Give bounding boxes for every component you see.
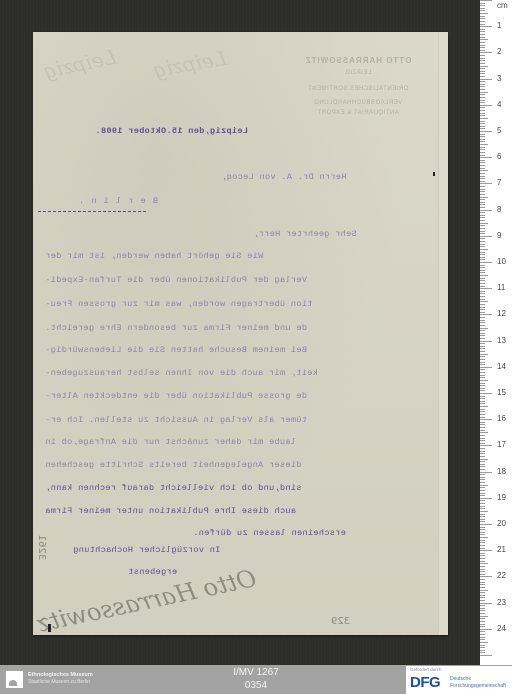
ruler-tick (480, 259, 485, 260)
ruler-tick (480, 613, 485, 614)
ruler-tick (480, 341, 492, 342)
ruler-tick (480, 210, 492, 211)
ruler-label: 10 (497, 257, 506, 266)
ruler-tick (480, 86, 485, 87)
ruler-tick (480, 637, 485, 638)
ruler-tick (480, 461, 485, 462)
ruler-tick (480, 272, 485, 273)
ruler-tick (480, 71, 485, 72)
ruler-label: 12 (497, 309, 506, 318)
ruler-tick (480, 105, 492, 106)
ruler-tick (480, 417, 485, 418)
ruler-tick (480, 608, 485, 609)
ruler-tick (480, 456, 485, 457)
letterhead-city: LEIPZIG (283, 68, 433, 78)
ruler-tick (480, 464, 485, 465)
ruler-tick (480, 529, 485, 530)
ruler-tick (480, 485, 488, 486)
ruler-tick (480, 427, 485, 428)
ruler-tick (480, 576, 492, 577)
body-line: de grosse Publikation über die entdeckte… (45, 391, 307, 401)
ruler-tick (480, 343, 485, 344)
ruler-tick (480, 29, 485, 30)
ruler-tick (480, 490, 485, 491)
ruler-tick (480, 165, 485, 166)
ruler-tick (480, 569, 485, 570)
ruler-tick (480, 84, 485, 85)
body-line: Wie Sie gehört haben werden, ist mir der (45, 251, 291, 261)
ruler-tick (480, 548, 485, 549)
ruler-tick (480, 309, 485, 310)
ruler-tick (480, 430, 485, 431)
ruler-tick (480, 359, 485, 360)
ruler-tick (480, 558, 485, 559)
ruler-tick (480, 212, 485, 213)
ruler-tick (480, 123, 485, 124)
ruler-tick (480, 351, 485, 352)
ruler-label: 22 (497, 571, 506, 580)
ruler-tick (480, 42, 485, 43)
ruler-tick (480, 100, 485, 101)
letterhead-line5: ANTIQUARIAT & EXPORT (283, 108, 433, 118)
ruler-tick (480, 390, 485, 391)
ruler-tick (480, 348, 485, 349)
ruler-tick (480, 335, 485, 336)
ruler-tick (480, 134, 485, 135)
ruler-tick (480, 89, 485, 90)
ruler-tick (480, 411, 485, 412)
funding-label: Gefördert durch (410, 667, 442, 672)
ruler-tick (480, 304, 485, 305)
ruler-tick (480, 254, 485, 255)
ruler-tick (480, 325, 485, 326)
ruler-unit-label: cm (497, 1, 508, 10)
ruler-tick (480, 265, 485, 266)
ruler-tick (480, 68, 485, 69)
ruler-tick (480, 283, 485, 284)
ruler-tick (480, 293, 485, 294)
ruler-tick (480, 451, 485, 452)
ruler-tick (480, 396, 485, 397)
ruler-tick (480, 516, 485, 517)
ruler-tick (480, 629, 492, 630)
showthrough-handwriting: Leipzig (41, 45, 118, 84)
ruler-tick (480, 603, 492, 604)
ruler-tick (480, 414, 485, 415)
ruler-tick (480, 238, 485, 239)
ruler-tick (480, 215, 485, 216)
ruler-tick (480, 223, 488, 224)
ruler-label: 6 (497, 152, 501, 161)
body-line: sind,und ob ich vielleicht darauf rechne… (45, 483, 301, 493)
ruler-tick (480, 498, 492, 499)
dateline: Leipzig,den 15.Oktober 1908. (45, 126, 248, 136)
pencil-annotation-bottom: 329 (331, 616, 350, 627)
city-underline (38, 211, 146, 212)
ruler-label: 13 (497, 336, 506, 345)
body-line: laube mir daher zunächst nur die Anfrage… (45, 437, 296, 447)
ruler-tick (480, 503, 485, 504)
ruler-tick (480, 401, 485, 402)
ruler-tick (480, 231, 485, 232)
ruler-tick (480, 590, 488, 591)
ruler-label: 23 (497, 598, 506, 607)
ruler-label: 21 (497, 545, 506, 554)
ruler-tick (480, 377, 485, 378)
ruler-tick (480, 31, 485, 32)
ruler-tick (480, 236, 492, 237)
ruler-label: 14 (497, 362, 506, 371)
ruler-tick (480, 244, 485, 245)
ruler-tick (480, 183, 492, 184)
ruler-tick (480, 459, 488, 460)
ruler-tick (480, 320, 485, 321)
ruler-tick (480, 66, 488, 67)
ruler-tick (480, 286, 485, 287)
ruler-tick (480, 55, 485, 56)
ruler-tick (480, 610, 485, 611)
ruler-tick (480, 50, 485, 51)
ruler-tick (480, 152, 485, 153)
ruler-tick (480, 149, 485, 150)
closing: In vorzüglicher Hochachtung (73, 545, 220, 555)
letterhead-line4: VERLAGSBUCHHANDLUNG (283, 98, 433, 108)
ruler-tick (480, 92, 488, 93)
ruler-tick (480, 317, 485, 318)
ruler-tick (480, 288, 492, 289)
ruler-tick (480, 561, 485, 562)
body-line: Bei meinem Besuche hatten Sie die Lieben… (45, 345, 307, 355)
dfg-logo-icon: DFG (410, 674, 440, 691)
ruler-tick (480, 278, 485, 279)
ruler-tick (480, 500, 485, 501)
ruler-tick (480, 403, 485, 404)
ruler-tick (480, 58, 485, 59)
ruler-tick (480, 246, 485, 247)
ruler-tick (480, 280, 485, 281)
ruler-tick (480, 118, 488, 119)
ruler-tick (480, 18, 485, 19)
ruler-tick (480, 563, 488, 564)
salutation: Sehr geehrter Herr, (253, 229, 357, 239)
ruler-tick (480, 493, 485, 494)
ruler-tick (480, 270, 485, 271)
ruler-tick (480, 202, 485, 203)
ruler-tick (480, 631, 485, 632)
ruler-tick (480, 173, 485, 174)
ruler-tick (480, 540, 485, 541)
ruler-tick (480, 521, 485, 522)
ruler-tick (480, 252, 485, 253)
ruler-tick (480, 508, 485, 509)
ruler-tick (480, 647, 485, 648)
ruler-tick (480, 566, 485, 567)
ruler-tick (480, 650, 485, 651)
letterhead: OTTO HARRASSOWITZ LEIPZIG ORIENTALISCHES… (283, 54, 433, 118)
ruler-tick (480, 550, 492, 551)
ruler-tick (480, 537, 488, 538)
footer-bar: Ethnologisches Museum Staatliche Museen … (0, 665, 512, 694)
ruler-tick (480, 34, 485, 35)
ruler-tick (480, 406, 488, 407)
ruler-tick (480, 584, 485, 585)
ruler-tick (480, 207, 485, 208)
ruler-label: 5 (497, 126, 501, 135)
ruler-tick (480, 8, 485, 9)
ruler-tick (480, 432, 488, 433)
pencil-annotation-side: 3261 (36, 535, 47, 560)
dfg-badge: Gefördert durch DFG Deutsche Forschungsg… (406, 666, 512, 694)
ruler-tick (480, 128, 485, 129)
ruler-tick (480, 160, 485, 161)
body-line: tion übertragen worden, was mir zur gros… (45, 299, 312, 309)
ruler-tick (480, 527, 485, 528)
ruler-tick (480, 634, 485, 635)
ruler-tick (480, 217, 485, 218)
ruler-tick (480, 52, 492, 53)
ruler-tick (480, 63, 485, 64)
ruler-tick (480, 445, 492, 446)
ruler-tick (480, 81, 485, 82)
ruler-tick (480, 267, 485, 268)
ruler-tick (480, 189, 485, 190)
ruler-tick (480, 624, 485, 625)
body-line: erscheinen lassen zu dürfen. (193, 528, 346, 538)
ruler-tick (480, 372, 485, 373)
ruler-tick (480, 97, 485, 98)
ruler-tick (480, 424, 485, 425)
ruler-tick (480, 385, 485, 386)
ruler-label: 18 (497, 467, 506, 476)
ruler-label: 15 (497, 388, 506, 397)
ruler-label: 9 (497, 231, 501, 240)
ruler-label: 19 (497, 493, 506, 502)
ruler-label: 1 (497, 21, 501, 30)
ruler-tick (480, 487, 485, 488)
ruler-tick (480, 155, 485, 156)
ruler-tick (480, 102, 485, 103)
ruler-tick (480, 307, 485, 308)
letterhead-line3: ORIENTALISCHES SORTIMENT (283, 84, 433, 94)
ruler-tick (480, 618, 485, 619)
ruler-tick (480, 472, 492, 473)
ruler-tick (480, 3, 485, 4)
ruler-label: 4 (497, 100, 501, 109)
ruler-label: 2 (497, 47, 501, 56)
ruler-tick (480, 16, 485, 17)
funder-name-line2: Forschungsgemeinschaft (450, 683, 506, 690)
ruler-tick (480, 639, 485, 640)
ruler-tick (480, 233, 485, 234)
paper-mark (433, 172, 435, 176)
ruler-tick (480, 555, 485, 556)
ruler-tick (480, 443, 485, 444)
ruler-tick (480, 532, 485, 533)
cm-ruler: cm 1234567891011121314151617181920212223… (480, 0, 512, 665)
ruler-tick (480, 419, 492, 420)
ruler-tick (480, 0, 492, 1)
ruler-tick (480, 314, 492, 315)
ruler-label: 7 (497, 178, 501, 187)
ruler-tick (480, 369, 485, 370)
ruler-tick (480, 110, 485, 111)
ruler-tick (480, 121, 485, 122)
ruler-tick (480, 225, 485, 226)
ruler-label: 24 (497, 624, 506, 633)
ruler-tick (480, 39, 488, 40)
ruler-tick (480, 328, 488, 329)
ruler-tick (480, 197, 488, 198)
ruler-tick (480, 94, 485, 95)
ruler-tick (480, 362, 485, 363)
ruler-tick (480, 398, 485, 399)
ruler-tick (480, 409, 485, 410)
ruler-tick (480, 107, 485, 108)
ruler-tick (480, 204, 485, 205)
ruler-tick (480, 592, 485, 593)
ruler-tick (480, 466, 485, 467)
recipient: Herrn Dr. A. von Lecoq, (221, 172, 347, 182)
funder-name-line1: Deutsche (450, 676, 506, 683)
ruler-tick (480, 47, 485, 48)
ruler-tick (480, 482, 485, 483)
ruler-tick (480, 301, 488, 302)
ruler-tick (480, 595, 485, 596)
ruler-tick (480, 375, 485, 376)
ruler-tick (480, 380, 488, 381)
ruler-tick (480, 115, 485, 116)
ruler-tick (480, 655, 492, 656)
ruler-tick (480, 645, 485, 646)
ruler-tick (480, 139, 485, 140)
ruler-tick (480, 144, 488, 145)
ruler-tick (480, 299, 485, 300)
ruler-tick (480, 333, 485, 334)
ruler-tick (480, 574, 485, 575)
ruler-tick (480, 474, 485, 475)
ruler-tick (480, 194, 485, 195)
ruler-tick (480, 330, 485, 331)
ruler-tick (480, 79, 492, 80)
body-line: keit, mir auch die von Ihnen selbst hera… (45, 368, 318, 378)
ruler-tick (480, 312, 485, 313)
ruler-tick (480, 514, 485, 515)
ruler-tick (480, 534, 485, 535)
ruler-tick (480, 10, 485, 11)
ruler-tick (480, 157, 492, 158)
ruler-tick (480, 495, 485, 496)
ruler-tick (480, 356, 485, 357)
ruler-tick (480, 176, 485, 177)
ruler-tick (480, 262, 492, 263)
ruler-tick (480, 383, 485, 384)
ruler-tick (480, 45, 485, 46)
ruler-tick (480, 479, 485, 480)
ruler-tick (480, 257, 485, 258)
ruler-label: 3 (497, 74, 501, 83)
ruler-tick (480, 393, 492, 394)
ruler-tick (480, 113, 485, 114)
ruler-tick (480, 249, 488, 250)
ruler-tick (480, 448, 485, 449)
ruler-tick (480, 26, 492, 27)
ruler-label: 16 (497, 414, 506, 423)
ruler-tick (480, 131, 492, 132)
ruler-tick (480, 511, 488, 512)
ruler-tick (480, 136, 485, 137)
ruler-label: 20 (497, 519, 506, 528)
ruler-tick (480, 469, 485, 470)
ruler-tick (480, 621, 485, 622)
ruler-tick (480, 73, 485, 74)
ruler-tick (480, 605, 485, 606)
ruler-label: 8 (497, 205, 501, 214)
ruler-tick (480, 170, 488, 171)
ruler-tick (480, 571, 485, 572)
ruler-tick (480, 191, 485, 192)
letter-page: Leipzig Leipzig OTTO HARRASSOWITZ LEIPZI… (33, 32, 447, 635)
ruler-tick (480, 367, 492, 368)
ruler-tick (480, 178, 485, 179)
closing-ergebenst: ergebenst (128, 567, 177, 577)
ruler-tick (480, 13, 488, 14)
ruler-tick (480, 5, 485, 6)
ruler-tick (480, 587, 485, 588)
body-line: tümer als Verlag in Aussicht zu stellen.… (45, 415, 307, 425)
ruler-tick (480, 542, 485, 543)
ruler-tick (480, 422, 485, 423)
ruler-tick (480, 37, 485, 38)
showthrough-handwriting-2: Leipzig (151, 46, 228, 82)
ruler-tick (480, 181, 485, 182)
ruler-tick (480, 228, 485, 229)
ruler-tick (480, 24, 485, 25)
paper-mark (48, 624, 51, 632)
body-line: Verlag der Publikationen über die Turfan… (45, 275, 307, 285)
ruler-tick (480, 545, 485, 546)
ruler-tick (480, 506, 485, 507)
ruler-tick (480, 21, 485, 22)
ruler-label: 11 (497, 283, 505, 292)
ruler-tick (480, 600, 485, 601)
ruler-tick (480, 162, 485, 163)
paper-fold-strip (438, 32, 448, 635)
ruler-tick (480, 76, 485, 77)
ruler-tick (480, 141, 485, 142)
ruler-tick (480, 524, 492, 525)
document-viewer: Leipzig Leipzig OTTO HARRASSOWITZ LEIPZI… (0, 0, 512, 665)
ruler-tick (480, 296, 485, 297)
ruler-tick (480, 477, 485, 478)
ruler-tick (480, 147, 485, 148)
ruler-tick (480, 553, 485, 554)
ruler-tick (480, 291, 485, 292)
body-line: de und meiner Firma zur besondern Ehre g… (45, 323, 307, 333)
ruler-tick (480, 642, 488, 643)
ruler-tick (480, 652, 485, 653)
ruler-tick (480, 440, 485, 441)
body-line: auch diese Ihre Publikation unter meiner… (45, 506, 296, 516)
ruler-tick (480, 388, 485, 389)
ruler-tick (480, 168, 485, 169)
ruler-tick (480, 338, 485, 339)
ruler-tick (480, 626, 485, 627)
body-line: dieser Angelegenheit bereits Schritte ge… (45, 460, 301, 470)
ruler-tick (480, 186, 485, 187)
ruler-tick (480, 354, 488, 355)
ruler-tick (480, 597, 485, 598)
ruler-tick (480, 346, 485, 347)
